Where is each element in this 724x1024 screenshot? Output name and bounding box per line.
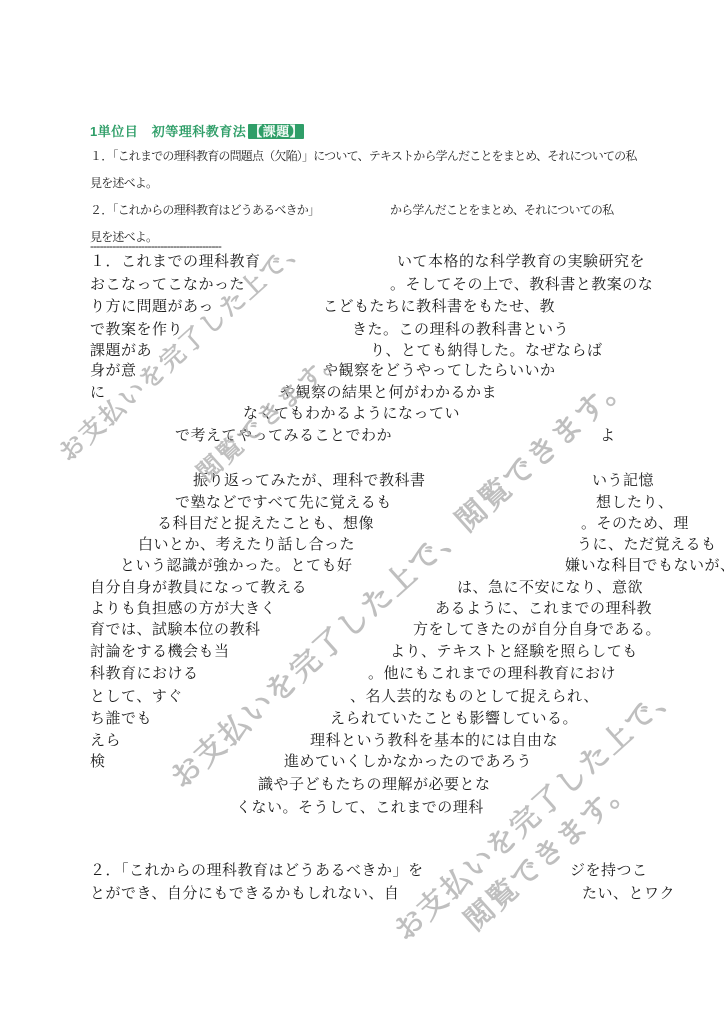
text-fragment: 白いとか、考えたり話し合った <box>138 538 355 553</box>
text-fragment: きた。この理科の教科書という <box>352 323 569 338</box>
text-fragment: いう記憶 <box>592 474 654 489</box>
text-fragment: 課題があ <box>90 344 152 359</box>
text-fragment: 嫌いな科目でもないが、 <box>565 559 724 574</box>
text-fragment: る科目だと捉えたことも、想像 <box>157 517 374 532</box>
watermark-text: 閲覧できます。 <box>460 771 639 936</box>
text-fragment: 振り返ってみたが、理科で教科書 <box>193 474 426 489</box>
text-fragment: として、すぐ <box>90 690 183 705</box>
text-fragment: おこなってこなかった <box>90 278 245 293</box>
text-fragment: 科教育における <box>90 667 199 682</box>
text-fragment: ち誰でも <box>90 712 152 727</box>
text-fragment: ２．「これからの理科教育はどうあるべきか」 <box>90 204 319 216</box>
text-fragment: とができ、自分にもできるかもしれない、自 <box>90 887 399 902</box>
text-fragment: 理科という教科を基本的には自由な <box>310 734 558 749</box>
text-fragment: 。そのため、理 <box>581 517 689 532</box>
text-fragment: 、名人芸的なものとして捉えられ、 <box>350 690 599 705</box>
text-fragment: より、テキストと経験を照らしても <box>390 645 638 660</box>
text-fragment: り方に問題があっ <box>90 300 214 315</box>
page-title: 1単位目 初等理科教育法【課題】 <box>90 121 304 140</box>
text-fragment: 自分自身が教員になって教える <box>90 581 307 596</box>
text-fragment: うに、ただ覚えるも <box>577 538 717 553</box>
document-page: 1単位目 初等理科教育法【課題】 １．「これまでの理科教育の問題点（欠陥）」につ… <box>0 0 724 1024</box>
text-fragment: ジを持つこ <box>570 864 648 879</box>
text-fragment: よりも負担感の方が大きく <box>90 602 276 617</box>
text-fragment: 育では、試験本位の教科 <box>90 623 261 638</box>
text-fragment: 進めていくしかなかったのであろう <box>284 755 532 770</box>
text-fragment: たい、とワク <box>582 887 675 902</box>
text-fragment: えら <box>90 734 121 749</box>
text-fragment: いて本格的な科学教育の実験研究を <box>397 255 645 270</box>
text-fragment: あるように、これまでの理科教 <box>435 602 652 617</box>
text-fragment: 。他にもこれまでの理科教育におけ <box>368 667 616 682</box>
text-fragment: で塾などですべて先に覚えるも <box>175 496 392 511</box>
text-fragment: り、とても納得した。なぜならば <box>370 344 603 359</box>
text-fragment: 見を述べよ。 <box>90 177 157 189</box>
text-fragment: から学んだことをまとめ、それについての私 <box>390 204 613 216</box>
text-fragment: は、急に不安になり、意欲 <box>457 581 643 596</box>
text-fragment: で教案を作り <box>90 323 183 338</box>
text-fragment: よ <box>600 429 616 444</box>
text-fragment: ----------------------------------------… <box>90 240 221 252</box>
text-fragment: えられていたことも影響している。 <box>330 712 578 727</box>
page-title-text: 1単位目 初等理科教育法 <box>90 124 246 139</box>
text-fragment: で考えてやってみることでわか <box>175 429 392 444</box>
text-fragment: 討論をする機会も当 <box>90 645 230 660</box>
text-fragment: 想したり、 <box>596 496 674 511</box>
text-fragment: 方をしてきたのが自分自身である。 <box>413 623 661 638</box>
text-fragment: 身が意 <box>90 364 137 379</box>
text-fragment: 。そしてその上で、教科書と教案のな <box>390 278 653 293</box>
text-fragment: 検 <box>90 755 106 770</box>
text-fragment: １．「これまでの理科教育の問題点（欠陥）」について、テキストから学んだことをまと… <box>90 150 637 162</box>
text-fragment: や観察の結果と何がわかるかま <box>280 386 497 401</box>
text-fragment: なくてもわかるようになってい <box>243 407 460 422</box>
text-fragment: ２．「これからの理科教育はどうあるべきか」を <box>90 864 424 879</box>
text-fragment: や観察をどうやってしたらいいか <box>323 364 556 379</box>
text-fragment: くない。そうして、これまでの理科 <box>236 801 484 816</box>
page-title-highlight: 【課題】 <box>248 124 304 139</box>
text-fragment: こどもたちに教科書をもたせ、教 <box>323 300 555 315</box>
text-fragment: という認識が強かった。とても好 <box>120 559 353 574</box>
text-fragment: に <box>90 386 106 401</box>
text-fragment: 識や子どもたちの理解が必要とな <box>258 778 491 793</box>
text-fragment: １．これまでの理科教育 <box>90 255 261 270</box>
